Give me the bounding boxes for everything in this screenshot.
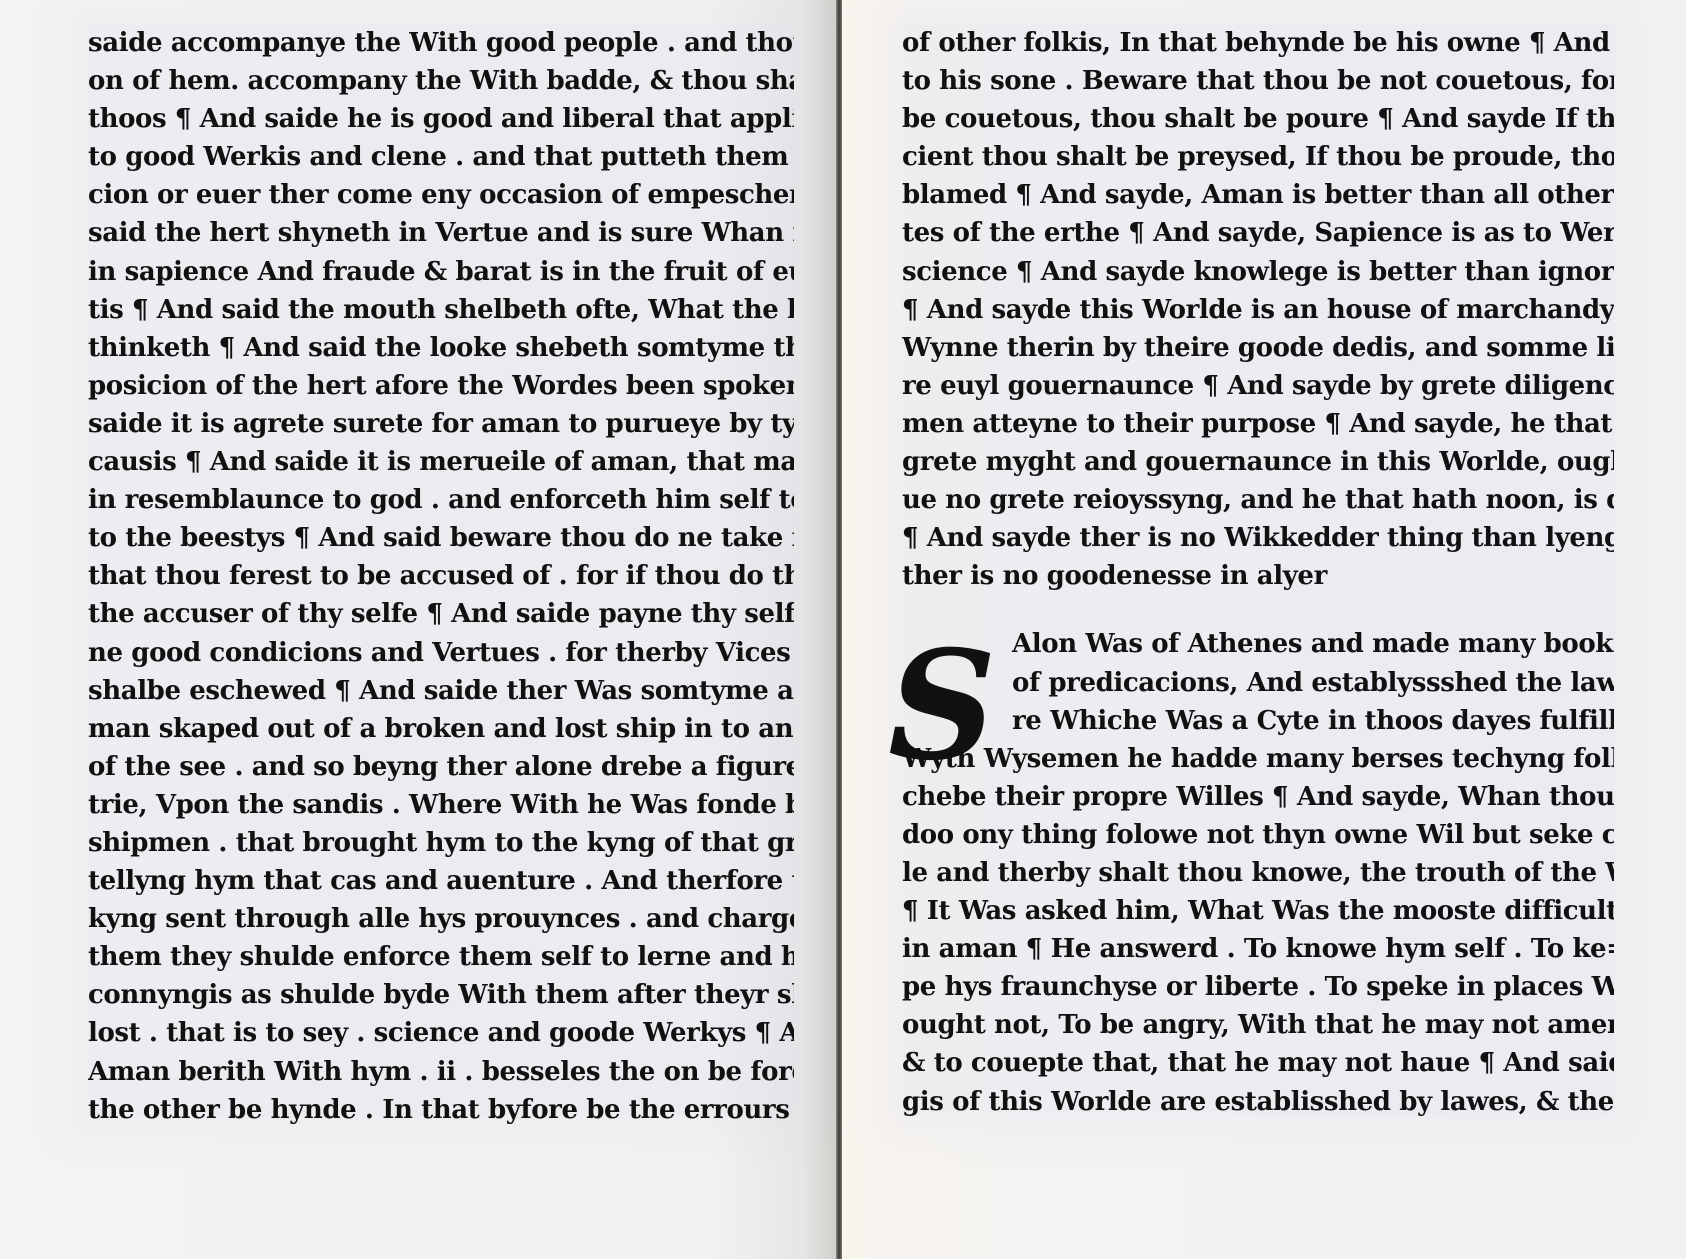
text-line: thinketh ¶ And said the looke shebeth so…	[88, 329, 794, 367]
text-line: ¶ And sayde ther is no Wikkedder thing t…	[902, 519, 1614, 557]
text-line: chebe their propre Willes ¶ And sayde, W…	[902, 778, 1614, 816]
text-line: in sapience And fraude & barat is in the…	[88, 253, 794, 291]
text-line: man skaped out of a broken and lost ship…	[88, 710, 794, 748]
text-line: Aman berith With hym . ii . besseles the…	[88, 1053, 794, 1091]
solon-lines: Wyth Wysemen he hadde many berses techyn…	[902, 740, 1614, 1121]
text-line: lost . that is to sey . science and good…	[88, 1014, 794, 1052]
text-line: said the hert shyneth in Vertue and is s…	[88, 214, 794, 252]
right-text-block: of other folkis, In that behynde be his …	[902, 24, 1614, 1114]
text-line: Alon Was of Athenes and made many bookis	[902, 625, 1614, 663]
text-line: trie, Vpon the sandis . Where With he Wa…	[88, 786, 794, 824]
text-line: connyngis as shulde byde With them after…	[88, 976, 794, 1014]
text-line: science ¶ And sayde knowlege is better t…	[902, 253, 1614, 291]
text-line: to the beestys ¶ And said beware thou do…	[88, 519, 794, 557]
text-line: thoos ¶ And saide he is good and liberal…	[88, 100, 794, 138]
text-line: tes of the erthe ¶ And sayde, Sapience i…	[902, 214, 1614, 252]
text-line: to good Werkis and clene . and that putt…	[88, 138, 794, 176]
drop-cap-initial: S	[888, 621, 988, 821]
text-line: re Whiche Was a Cyte in thoos dayes fulf…	[902, 702, 1614, 740]
text-line: posicion of the hert afore the Wordes be…	[88, 367, 794, 405]
text-line: cion or euer ther come eny occasion of e…	[88, 176, 794, 214]
solon-section: S Alon Was of Athenes and made many book…	[902, 625, 1614, 1120]
text-line: that thou ferest to be accused of . for …	[88, 557, 794, 595]
text-line: saide it is agrete surete for aman to pu…	[88, 405, 794, 443]
text-line: Wynne therin by theire goode dedis, and …	[902, 329, 1614, 367]
text-line: blamed ¶ And sayde, Aman is better than …	[902, 176, 1614, 214]
text-line: on of hem. accompany the With badde, & t…	[88, 62, 794, 100]
text-line: tellyng hym that cas and auenture . And …	[88, 862, 794, 900]
text-line: be couetous, thou shalt be poure ¶ And s…	[902, 100, 1614, 138]
text-line: ther is no goodenesse in alyer	[902, 557, 1614, 595]
text-line: in aman ¶ He answerd . To knowe hym self…	[902, 930, 1614, 968]
text-line: & to couepte that, that he may not haue …	[902, 1044, 1614, 1082]
text-line: grete myght and gouernaunce in this Worl…	[902, 443, 1614, 481]
text-line: le and therby shalt thou knowe, the trou…	[902, 854, 1614, 892]
right-page: of other folkis, In that behynde be his …	[842, 0, 1686, 1259]
text-line: shalbe eschewed ¶ And saide ther Was som…	[88, 672, 794, 710]
text-line: gis of this Worlde are establisshed by l…	[902, 1083, 1614, 1121]
text-line: to his sone . Beware that thou be not co…	[902, 62, 1614, 100]
text-line: the other be hynde . In that byfore be t…	[88, 1091, 794, 1129]
text-line: ne good condicions and Vertues . for the…	[88, 634, 794, 672]
text-line: saide accompanye the With good people . …	[88, 24, 794, 62]
text-line: ue no grete reioyssyng, and he that hath…	[902, 481, 1614, 519]
text-line: of predicacions, And establyssshed the l…	[902, 664, 1614, 702]
text-line: cient thou shalt be preysed, If thou be …	[902, 138, 1614, 176]
text-line: of other folkis, In that behynde be his …	[902, 24, 1614, 62]
solon-indented-lines: Alon Was of Athenes and made many bookis…	[902, 625, 1614, 739]
left-text-block: saide accompanye the With good people . …	[88, 24, 794, 1116]
text-line: Wyth Wysemen he hadde many berses techyn…	[902, 740, 1614, 778]
left-page: saide accompanye the With good people . …	[0, 0, 836, 1259]
text-line: kyng sent through alle hys prouynces . a…	[88, 900, 794, 938]
text-line: shipmen . that brought hym to the kyng o…	[88, 824, 794, 862]
text-line: causis ¶ And saide it is merueile of ama…	[88, 443, 794, 481]
text-line: the accuser of thy selfe ¶ And saide pay…	[88, 595, 794, 633]
text-line: ought not, To be angry, With that he may…	[902, 1006, 1614, 1044]
text-line: tis ¶ And said the mouth shelbeth ofte, …	[88, 291, 794, 329]
book-spread: saide accompanye the With good people . …	[0, 0, 1686, 1259]
text-line: re euyl gouernaunce ¶ And sayde by grete…	[902, 367, 1614, 405]
text-line: pe hys fraunchyse or liberte . To speke …	[902, 968, 1614, 1006]
right-paragraph-1: of other folkis, In that behynde be his …	[902, 24, 1614, 595]
text-line: ¶ And sayde this Worlde is an house of m…	[902, 291, 1614, 329]
text-line: men atteyne to their purpose ¶ And sayde…	[902, 405, 1614, 443]
text-line: in resemblaunce to god . and enforceth h…	[88, 481, 794, 519]
text-line: ¶ It Was asked him, What Was the mooste …	[902, 892, 1614, 930]
text-line: of the see . and so beyng ther alone dre…	[88, 748, 794, 786]
text-line: doo ony thing folowe not thyn owne Wil b…	[902, 816, 1614, 854]
text-line: them they shulde enforce them self to le…	[88, 938, 794, 976]
